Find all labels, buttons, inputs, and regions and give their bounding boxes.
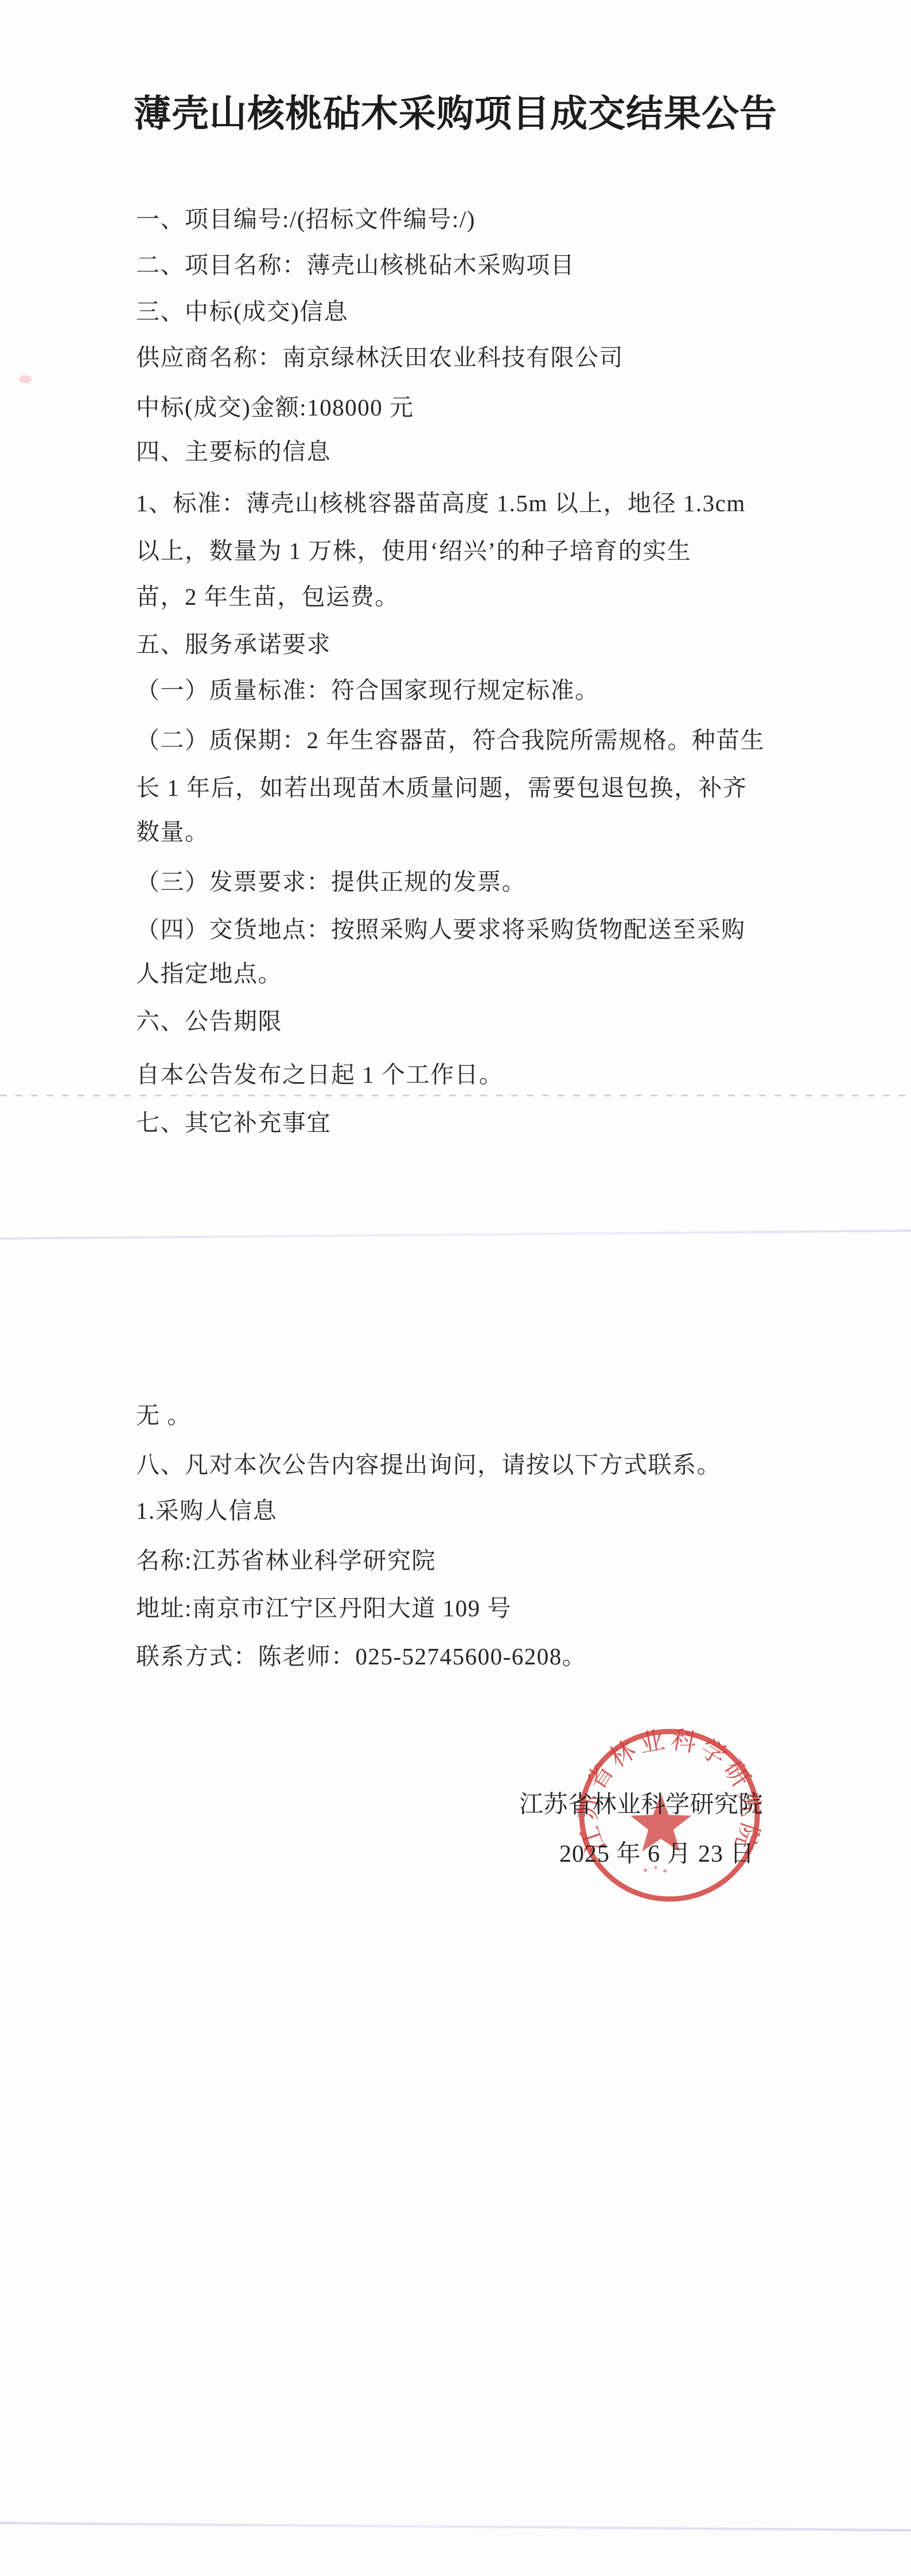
doc-line: 八、凡对本次公告内容提出询问，请按以下方式联系。 (136, 1452, 813, 1478)
scan-artifact-smudge (19, 375, 32, 383)
doc-line: 无 。 (136, 1402, 813, 1429)
doc-line: 一、项目编号:/(招标文件编号:/) (136, 206, 813, 233)
doc-line: 供应商名称：南京绿林沃田农业科技有限公司 (136, 344, 813, 371)
doc-line: 1.采购人信息 (136, 1497, 813, 1524)
doc-line: 人指定地点。 (136, 960, 813, 987)
doc-line: （二）质保期：2 年生容器苗，符合我院所需规格。种苗生 (136, 727, 813, 754)
doc-line: （四）交货地点：按照采购人要求将采购货物配送至采购 (136, 916, 813, 943)
doc-line: 苗，2 年生苗，包运费。 (136, 583, 813, 610)
document-title: 薄壳山核桃砧木采购项目成交结果公告 (0, 94, 911, 135)
doc-line: 六、公告期限 (136, 1008, 813, 1035)
doc-line: 名称:江苏省林业科学研究院 (136, 1547, 813, 1574)
doc-line: 七、其它补充事宜 (136, 1110, 813, 1137)
doc-line: （三）发票要求：提供正规的发票。 (136, 869, 813, 896)
doc-line: 自本公告发布之日起 1 个工作日。 (136, 1061, 813, 1088)
doc-line: 地址:南京市江宁区丹阳大道 109 号 (136, 1595, 813, 1622)
doc-line: 五、服务承诺要求 (136, 631, 813, 658)
doc-line: 中标(成交)金额:108000 元 (136, 394, 813, 421)
signature-org: 江苏省林业科学研究院 (519, 1785, 763, 1820)
signature-date: 2025 年 6 月 23 日 (559, 1835, 755, 1869)
doc-line: 联系方式：陈老师：025-52745600-6208。 (136, 1643, 813, 1670)
scanned-document-page: 薄壳山核桃砧木采购项目成交结果公告 一、项目编号:/(招标文件编号:/)二、项目… (0, 0, 911, 2576)
scan-artifact-streak (0, 1229, 911, 1240)
doc-line: 三、中标(成交)信息 (136, 298, 813, 325)
doc-line: 数量。 (136, 819, 813, 846)
doc-line: 1、标准：薄壳山核桃容器苗高度 1.5m 以上，地径 1.3cm (136, 490, 813, 517)
scan-artifact-bottom-streak (0, 2522, 911, 2531)
doc-line: 二、项目名称：薄壳山核桃砧木采购项目 (136, 252, 813, 279)
doc-line: 以上，数量为 1 万株，使用‘绍兴’的种子培育的实生 (136, 538, 813, 565)
doc-line: 四、主要标的信息 (136, 438, 813, 465)
doc-line: （一）质量标准：符合国家现行规定标准。 (136, 677, 813, 704)
doc-line: 长 1 年后，如若出现苗木质量问题，需要包退包换，补齐 (136, 775, 813, 801)
scan-artifact-dotted-line (0, 1095, 911, 1096)
